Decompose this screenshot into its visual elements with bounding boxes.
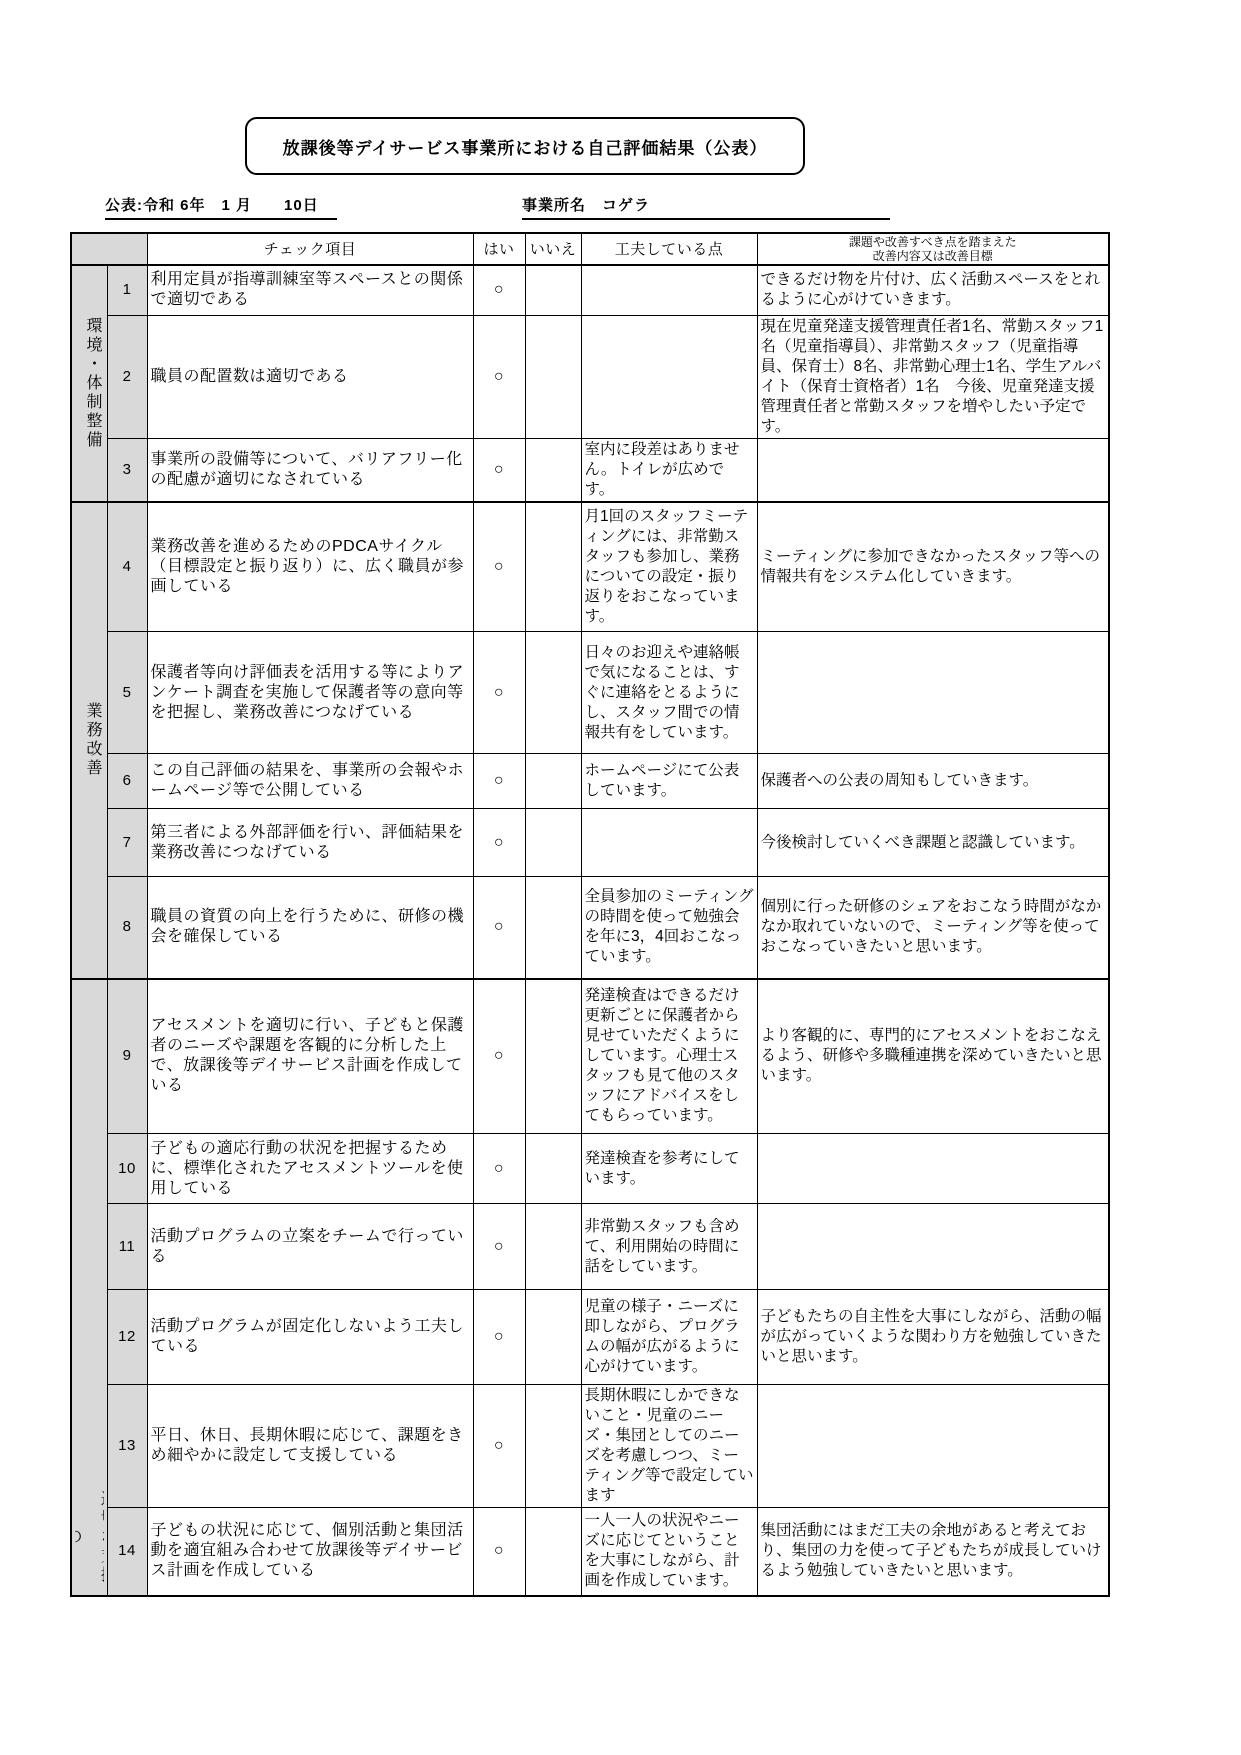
improvement-text: 保護者への公表の周知もしていきます。 <box>757 754 1109 809</box>
yes-mark: ○ <box>473 265 525 315</box>
no-mark <box>525 1290 581 1385</box>
table-header-row: チェック項目 はい いいえ 工夫している点 課題や改善すべき点を踏まえた 改善内… <box>71 233 1109 265</box>
table-row: 11活動プログラムの立案をチームで行っている○非常勤スタッフも含めて、利用開始の… <box>71 1204 1109 1290</box>
row-number: 4 <box>107 502 147 632</box>
yes-mark: ○ <box>473 1290 525 1385</box>
ingenuity-text: 長期休暇にしかできないこと・児童のニーズ・集団としてのニーズを考慮しつつ、ミーテ… <box>581 1385 757 1508</box>
improvement-text: ミーティングに参加できなかったスタッフ等への情報共有をシステム化していきます。 <box>757 502 1109 632</box>
table-row: 5保護者等向け評価表を活用する等によりアンケート調査を実施して保護者等の意向等を… <box>71 632 1109 754</box>
no-mark <box>525 877 581 979</box>
yes-mark: ○ <box>473 1204 525 1290</box>
document-title: 放課後等デイサービス事業所における自己評価結果（公表） <box>283 134 768 159</box>
improvement-text <box>757 1134 1109 1204</box>
table-row: 12活動プログラムが固定化しないよう工夫している○児童の様子・ニーズに即しながら… <box>71 1290 1109 1385</box>
row-number: 1 <box>107 265 147 315</box>
yes-mark: ○ <box>473 315 525 438</box>
improvement-text: より客観的に、専門的にアセスメントをおこなえるよう、研修や多職種連携を深めていき… <box>757 979 1109 1134</box>
row-number: 8 <box>107 877 147 979</box>
check-item-text: この自己評価の結果を、事業所の会報やホームページ等で公開している <box>147 754 473 809</box>
table-row: 環境・体制整備1利用定員が指導訓練室等スペースとの関係で適切である○できるだけ物… <box>71 265 1109 315</box>
improvement-text <box>757 632 1109 754</box>
check-item-text: 職員の資質の向上を行うために、研修の機会を確保している <box>147 877 473 979</box>
ingenuity-text: 非常勤スタッフも含めて、利用開始の時間に話をしています。 <box>581 1204 757 1290</box>
improvement-text: 子どもたちの自主性を大事にしながら、活動の幅が広がっていくような関わり方を勉強し… <box>757 1290 1109 1385</box>
header-ingenuity: 工夫している点 <box>581 233 757 265</box>
yes-mark: ○ <box>473 502 525 632</box>
improvement-text <box>757 1204 1109 1290</box>
table-row: 8職員の資質の向上を行うために、研修の機会を確保している○全員参加のミーティング… <box>71 877 1109 979</box>
no-mark <box>525 754 581 809</box>
yes-mark: ○ <box>473 877 525 979</box>
office-name: 事業所名 コゲラ <box>522 194 890 220</box>
yes-mark: ○ <box>473 754 525 809</box>
ingenuity-text: ホームページにて公表しています。 <box>581 754 757 809</box>
check-item-text: 子どもの状況に応じて、個別活動と集団活動を適宜組み合わせて放課後等デイサービス計… <box>147 1508 473 1596</box>
no-mark <box>525 1385 581 1508</box>
yes-mark: ○ <box>473 809 525 877</box>
category-cell: 業務改善 <box>71 502 107 979</box>
no-mark <box>525 809 581 877</box>
header-improvement: 課題や改善すべき点を踏まえた 改善内容又は改善目標 <box>757 233 1109 265</box>
table-row: 業務改善4業務改善を進めるためのPDCAサイクル（目標設定と振り返り）に、広く職… <box>71 502 1109 632</box>
no-mark <box>525 315 581 438</box>
check-item-text: 利用定員が指導訓練室等スペースとの関係で適切である <box>147 265 473 315</box>
check-item-text: 子どもの適応行動の状況を把握するために、標準化されたアセスメントツールを使用して… <box>147 1134 473 1204</box>
ingenuity-text: 一人一人の状況やニーズに応じてということを大事にしながら、計画を作成しています。 <box>581 1508 757 1596</box>
table-row: 3事業所の設備等について、バリアフリー化の配慮が適切になされている○室内に段差は… <box>71 438 1109 502</box>
row-number: 10 <box>107 1134 147 1204</box>
header-yes: はい <box>473 233 525 265</box>
yes-mark: ○ <box>473 1385 525 1508</box>
header-check-item: チェック項目 <box>147 233 473 265</box>
check-item-text: 保護者等向け評価表を活用する等によりアンケート調査を実施して保護者等の意向等を把… <box>147 632 473 754</box>
row-number: 13 <box>107 1385 147 1508</box>
table-row: 7第三者による外部評価を行い、評価結果を業務改善につなげている○今後検討していく… <box>71 809 1109 877</box>
no-mark <box>525 438 581 502</box>
self-evaluation-table: チェック項目 はい いいえ 工夫している点 課題や改善すべき点を踏まえた 改善内… <box>70 232 1110 1597</box>
yes-mark: ○ <box>473 1134 525 1204</box>
ingenuity-text <box>581 265 757 315</box>
header-corner-cell <box>71 233 147 265</box>
document-page: 放課後等デイサービス事業所における自己評価結果（公表） 公表:令和 6年 1 月… <box>0 0 1241 1755</box>
ingenuity-text: 発達検査を参考にしています。 <box>581 1134 757 1204</box>
ingenuity-text: 室内に段差はありません。トイレが広めです。 <box>581 438 757 502</box>
table-row: 2職員の配置数は適切である○現在児童発達支援管理責任者1名、常勤スタッフ1名（児… <box>71 315 1109 438</box>
yes-mark: ○ <box>473 979 525 1134</box>
table-row: 14子どもの状況に応じて、個別活動と集団活動を適宜組み合わせて放課後等デイサービ… <box>71 1508 1109 1596</box>
yes-mark: ○ <box>473 1508 525 1596</box>
yes-mark: ○ <box>473 438 525 502</box>
ingenuity-text: 日々のお迎えや連絡帳で気になることは、すぐに連絡をとるようにし、スタッフ間での情… <box>581 632 757 754</box>
check-item-text: 事業所の設備等について、バリアフリー化の配慮が適切になされている <box>147 438 473 502</box>
no-mark <box>525 265 581 315</box>
ingenuity-text: 月1回のスタッフミーティングには、非常勤スタッフも参加し、業務についての設定・振… <box>581 502 757 632</box>
category-label: 適切な支援の <box>75 1482 104 1594</box>
check-item-text: 活動プログラムの立案をチームで行っている <box>147 1204 473 1290</box>
improvement-text: 集団活動にはまだ工夫の余地があると考えており、集団の力を使って子どもたちが成長し… <box>757 1508 1109 1596</box>
table-row: 13平日、休日、長期休暇に応じて、課題をきめ細やかに設定して支援している○長期休… <box>71 1385 1109 1508</box>
no-mark <box>525 1204 581 1290</box>
row-number: 6 <box>107 754 147 809</box>
publish-date: 公表:令和 6年 1 月 10日 <box>105 194 337 220</box>
header-no: いいえ <box>525 233 581 265</box>
table-row: 10子どもの適応行動の状況を把握するために、標準化されたアセスメントツールを使用… <box>71 1134 1109 1204</box>
no-mark <box>525 1134 581 1204</box>
improvement-text: 個別に行った研修のシェアをおこなう時間がなかなか取れていないので、ミーティング等… <box>757 877 1109 979</box>
check-item-text: 職員の配置数は適切である <box>147 315 473 438</box>
ingenuity-text <box>581 809 757 877</box>
ingenuity-text: 児童の様子・ニーズに即しながら、プログラムの幅が広がるように心がけています。 <box>581 1290 757 1385</box>
check-item-text: 業務改善を進めるためのPDCAサイクル（目標設定と振り返り）に、広く職員が参画し… <box>147 502 473 632</box>
category-label: 環境・体制整備 <box>75 317 107 450</box>
row-number: 5 <box>107 632 147 754</box>
row-number: 7 <box>107 809 147 877</box>
improvement-text: 今後検討していくべき課題と認識しています。 <box>757 809 1109 877</box>
header-improvement-line2: 改善内容又は改善目標 <box>760 249 1107 263</box>
yes-mark: ○ <box>473 632 525 754</box>
row-number: 11 <box>107 1204 147 1290</box>
ingenuity-text <box>581 315 757 438</box>
header-improvement-line1: 課題や改善すべき点を踏まえた <box>760 235 1107 249</box>
ingenuity-text: 発達検査はできるだけ更新ごとに保護者から見せていただくようにしています。心理士ス… <box>581 979 757 1134</box>
no-mark <box>525 1508 581 1596</box>
row-number: 14 <box>107 1508 147 1596</box>
improvement-text: 現在児童発達支援管理責任者1名、常勤スタッフ1名（児童指導員）、非常勤スタッフ（… <box>757 315 1109 438</box>
improvement-text <box>757 438 1109 502</box>
check-item-text: アセスメントを適切に行い、子どもと保護者のニーズや課題を客観的に分析した上で、放… <box>147 979 473 1134</box>
improvement-text: できるだけ物を片付け、広く活動スペースをとれるように心がけていきます。 <box>757 265 1109 315</box>
table-row: 適切な支援の9アセスメントを適切に行い、子どもと保護者のニーズや課題を客観的に分… <box>71 979 1109 1134</box>
document-title-box: 放課後等デイサービス事業所における自己評価結果（公表） <box>245 117 805 175</box>
check-item-text: 第三者による外部評価を行い、評価結果を業務改善につなげている <box>147 809 473 877</box>
no-mark <box>525 979 581 1134</box>
row-number: 2 <box>107 315 147 438</box>
no-mark <box>525 502 581 632</box>
category-label: 業務改善 <box>75 702 107 778</box>
category-cell: 環境・体制整備 <box>71 265 107 502</box>
check-item-text: 平日、休日、長期休暇に応じて、課題をきめ細やかに設定して支援している <box>147 1385 473 1508</box>
row-number: 12 <box>107 1290 147 1385</box>
category-cell: 適切な支援の <box>71 979 107 1596</box>
improvement-text <box>757 1385 1109 1508</box>
ingenuity-text: 全員参加のミーティングの時間を使って勉強会を年に3，4回おこなっています。 <box>581 877 757 979</box>
table-row: 6この自己評価の結果を、事業所の会報やホームページ等で公開している○ホームページ… <box>71 754 1109 809</box>
row-number: 3 <box>107 438 147 502</box>
check-item-text: 活動プログラムが固定化しないよう工夫している <box>147 1290 473 1385</box>
row-number: 9 <box>107 979 147 1134</box>
no-mark <box>525 632 581 754</box>
